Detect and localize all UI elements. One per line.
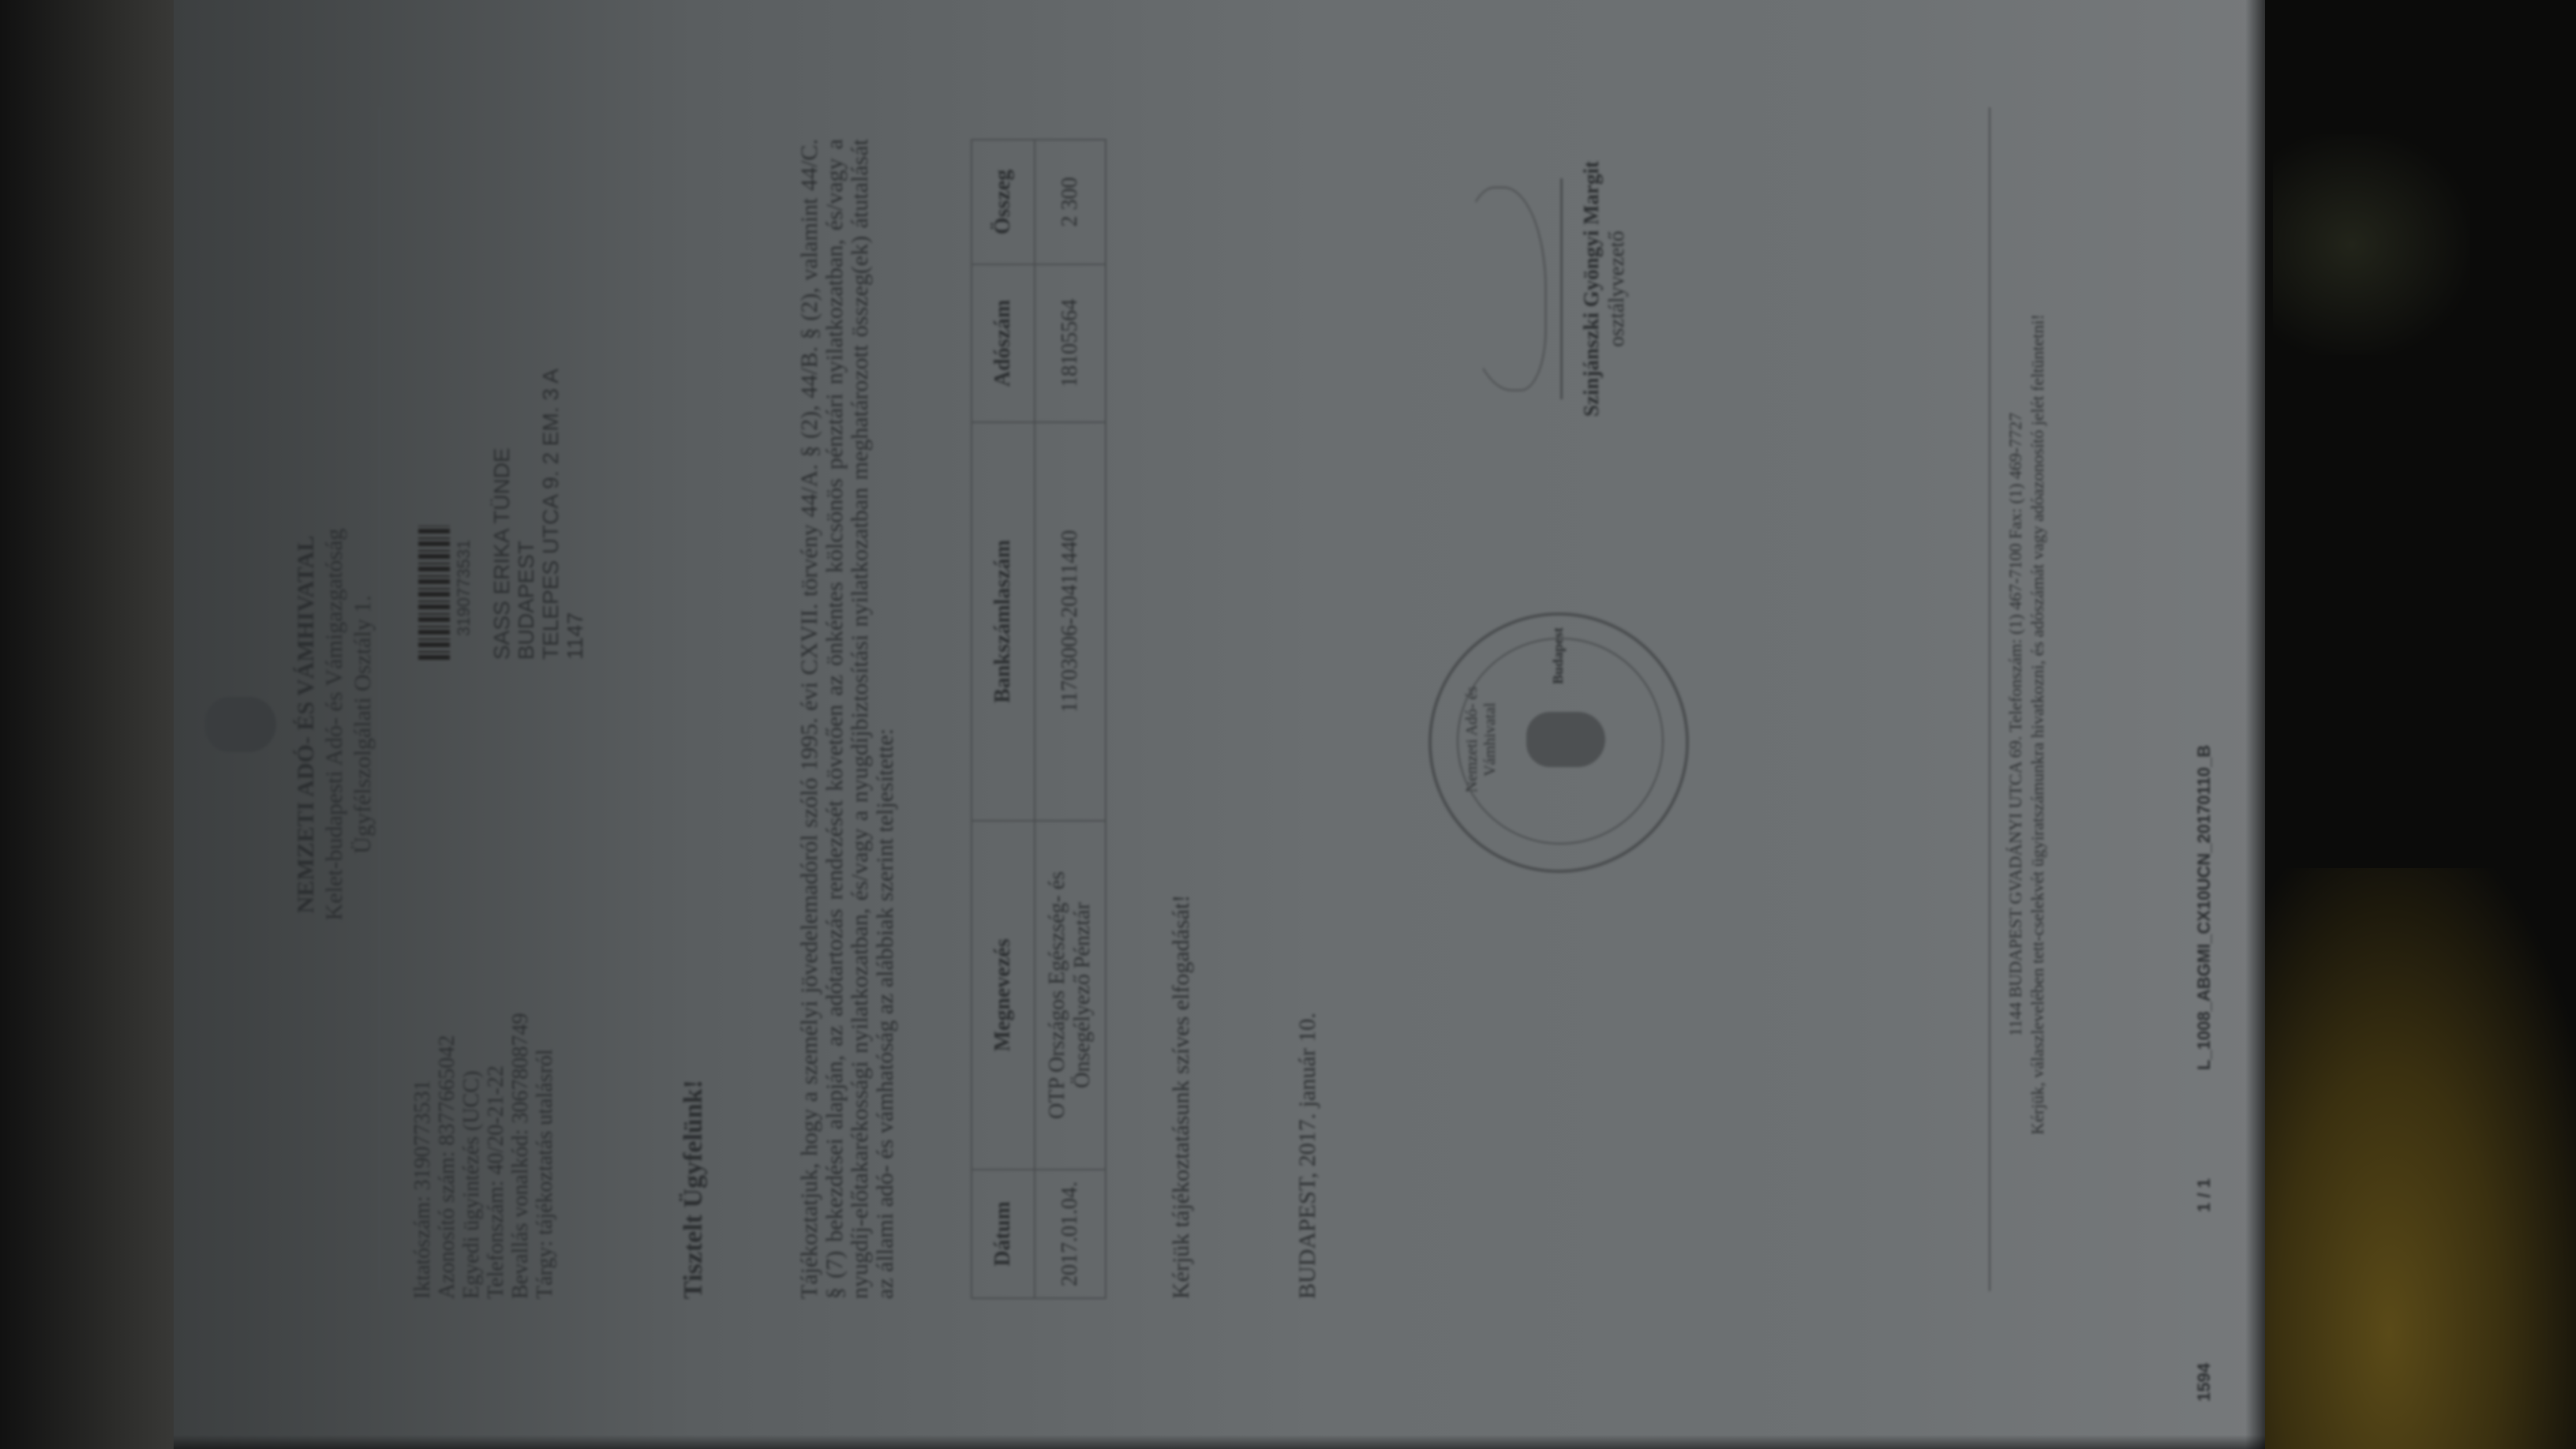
cell-date: 2017.01.04. <box>1035 1170 1106 1298</box>
meta-line: Iktatószám: 3190773531 <box>410 1013 435 1299</box>
addressee-name: SASS ERIKA TÜNDE <box>489 369 514 660</box>
meta-line: Bevallás vonalkód: 3067808749 <box>508 1013 533 1299</box>
meta-line: Azonosító szám: 8377665042 <box>435 1013 459 1299</box>
background-left-edge <box>0 0 182 1449</box>
table-row: 2017.01.04. OTP Országos Egészség- és Ön… <box>1035 140 1106 1298</box>
col-bank-account: Bankszámlaszám <box>972 422 1035 821</box>
cell-bank-account: 11703006-20411440 <box>1035 422 1106 821</box>
barcode <box>418 526 450 660</box>
paper-document: NEMZETI ADÓ- ÉS VÁMHIVATAL Kelet-budapes… <box>174 0 2265 1449</box>
cell-amount: 2 300 <box>1035 140 1106 264</box>
background-table-surface <box>2257 868 2576 1449</box>
table-header-row: Dátum Megnevezés Bankszámlaszám Adószám … <box>972 140 1035 1298</box>
greeting: Tisztelt Ügyfelünk! <box>679 1080 709 1299</box>
addressee-city: BUDAPEST <box>514 369 538 660</box>
paper-bottom-shadow <box>174 1435 2265 1449</box>
coat-of-arms-icon <box>205 697 276 752</box>
col-name: Megnevezés <box>972 821 1035 1170</box>
meta-line: Egyedi ügyintézés (UCC) <box>459 1013 484 1299</box>
cell-tax-number: 18105564 <box>1035 264 1106 422</box>
letterhead-line-3: Ügyfélszolgálati Osztály 1. <box>349 0 377 1449</box>
margin-mark: L_1008_ABGMI_CX10UCN_20170110_B <box>2194 745 2215 1070</box>
background-object <box>2273 134 2470 355</box>
margin-mark: 1 / 1 <box>2194 1178 2215 1212</box>
col-amount: Összeg <box>972 140 1035 264</box>
reference-block: Iktatószám: 3190773531 Azonosító szám: 8… <box>410 1013 557 1299</box>
col-date: Dátum <box>972 1170 1035 1298</box>
letterhead-line-1: NEMZETI ADÓ- ÉS VÁMHIVATAL <box>292 0 320 1449</box>
letterhead: NEMZETI ADÓ- ÉS VÁMHIVATAL Kelet-budapes… <box>292 0 377 1449</box>
body-paragraph: Tájékoztatjuk, hogy a személyi jövedelem… <box>797 139 898 1299</box>
transfer-table: Dátum Megnevezés Bankszámlaszám Adószám … <box>971 139 1106 1299</box>
barcode-number: 3190773531 <box>454 540 474 636</box>
meta-line: Telefonszám: 40/20-21-22 <box>484 1013 508 1299</box>
addressee-zip: 1147 <box>563 369 587 660</box>
addressee-street: TELEPES UTCA 9. 2 em. 3 a <box>538 369 563 660</box>
letterhead-line-2: Kelet-budapesti Adó- és Vámigazgatóság <box>320 0 349 1449</box>
stamp-crest-icon <box>1526 712 1605 767</box>
footer-notice: Kérjük, válaszlevelében tett-cselekvét ü… <box>2027 0 2049 1449</box>
stamp-city: Budapest <box>1550 627 1567 684</box>
footer-address: 1144 BUDAPEST GVADÁNYI UTCA 69. Telefons… <box>2005 0 2027 1449</box>
footer: 1144 BUDAPEST GVADÁNYI UTCA 69. Telefons… <box>2005 0 2049 1449</box>
official-stamp: Nemzeti Adó- és Vámhivatal Budapest <box>1428 612 1689 873</box>
header-divider <box>379 107 380 1291</box>
city-date: BUDAPEST, 2017. január 10. <box>1294 1013 1321 1299</box>
meta-line: Tárgy: tájékoztatás utalásról <box>533 1013 557 1299</box>
addressee-block: SASS ERIKA TÜNDE BUDAPEST TELEPES UTCA 9… <box>489 369 587 660</box>
paper-edge-shadow <box>2245 0 2265 1449</box>
signature <box>1452 178 1563 399</box>
signer-title: osztályvezető <box>1604 147 1629 431</box>
signer-name: Szinjánszki Gyöngyi Margit <box>1578 147 1604 431</box>
signature-scribble-icon <box>1460 186 1547 391</box>
stamp-ring-text: Nemzeti Adó- és Vámhivatal <box>1463 657 1500 822</box>
margin-mark: 1594 <box>2194 1363 2215 1402</box>
signer-block: Szinjánszki Gyöngyi Margit osztályvezető <box>1578 147 1629 431</box>
closing-sentence: Kérjük tájékoztatásunk szíves elfogadásá… <box>1168 895 1195 1299</box>
col-tax-number: Adószám <box>972 264 1035 422</box>
cell-name: OTP Országos Egészség- és Önsegélyező Pé… <box>1035 821 1106 1170</box>
footer-divider <box>1989 107 1990 1291</box>
letter-page: NEMZETI ADÓ- ÉS VÁMHIVATAL Kelet-budapes… <box>174 0 2265 1449</box>
